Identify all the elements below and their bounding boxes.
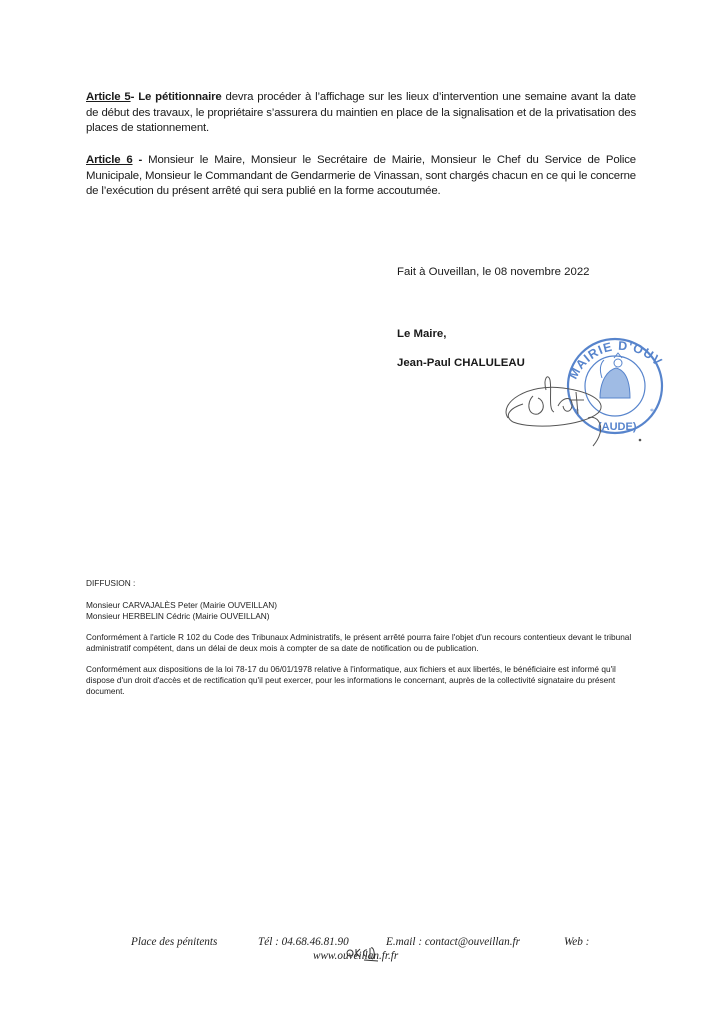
diffusion-recipient: Monsieur CARVAJALÈS Peter (Mairie OUVEIL… [86, 600, 646, 611]
stamp-bottom-text: (AUDE) [598, 421, 637, 433]
legal-cnil: Conformément aux dispositions de la loi … [86, 664, 646, 697]
mairie-stamp-signature: MAIRIE D'OUVEILLAN (AUDE) * * [488, 318, 668, 448]
article-6-sep: - [133, 154, 149, 166]
article-5-label: Article 5 [86, 91, 131, 103]
article-6-text: Monsieur le Maire, Monsieur le Secrétair… [86, 154, 636, 197]
svg-text:MAIRIE D'OUVEILLAN: MAIRIE D'OUVEILLAN [488, 318, 665, 381]
svg-text:*: * [650, 407, 654, 416]
document-page: Article 5- Le pétitionnaire devra procéd… [0, 0, 724, 1024]
footer-address: Place des pénitents [131, 936, 217, 948]
article-6-label: Article 6 [86, 154, 133, 166]
footer-phone: Tél : 04.68.46.81.90 [258, 936, 349, 948]
handwritten-note: OKCD [346, 944, 386, 964]
diffusion-list: Monsieur CARVAJALÈS Peter (Mairie OUVEIL… [86, 600, 646, 622]
stamp-icon: MAIRIE D'OUVEILLAN (AUDE) * * [488, 318, 665, 433]
legal-recours: Conformément à l'article R 102 du Code d… [86, 632, 646, 654]
place-date: Fait à Ouveillan, le 08 novembre 2022 [397, 266, 590, 278]
footer-web-label: Web : [564, 936, 589, 948]
diffusion-title: DIFFUSION : [86, 578, 646, 589]
diffusion-recipient: Monsieur HERBELIN Cédric (Mairie OUVEILL… [86, 611, 646, 622]
stamp-top-text: MAIRIE D'OUVEILLAN [488, 318, 665, 381]
article-5: Article 5- Le pétitionnaire devra procéd… [86, 90, 636, 137]
signatory-title: Le Maire, [397, 328, 446, 340]
article-6: Article 6 - Monsieur le Maire, Monsieur … [86, 153, 636, 200]
footer-email: E.mail : contact@ouveillan.fr [386, 936, 520, 948]
article-5-lead: Le pétitionnaire [138, 91, 221, 103]
